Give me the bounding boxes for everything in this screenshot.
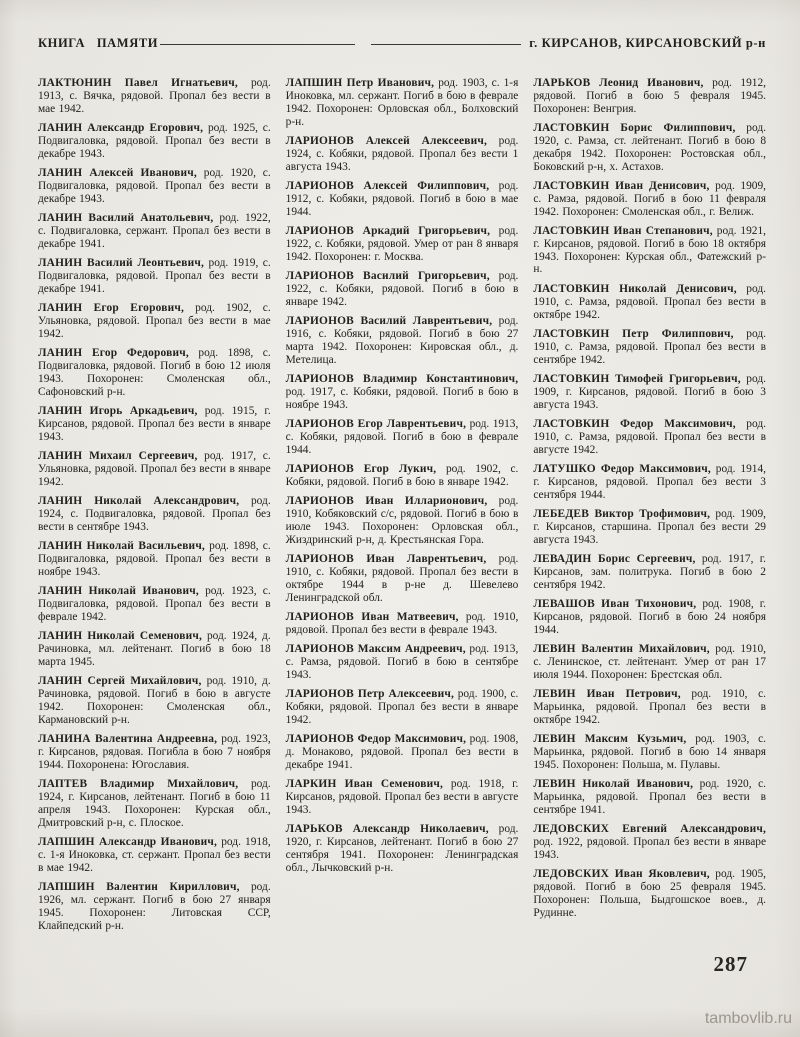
memorial-entry: ЛАКТЮНИН Павел Игнатьевич, род. 1913, с.… [38, 77, 271, 116]
entry-person-name: ЛАРИОНОВ Егор Лукич, [286, 463, 437, 475]
entry-person-name: ЛАРКИН Иван Семенович, [286, 778, 443, 790]
memorial-entry: ЛАНИН Николай Александрович, род. 1924, … [38, 495, 271, 534]
entry-person-name: ЛАРЬКОВ Александр Николаевич, [286, 823, 489, 835]
entry-person-name: ЛАСТОВКИН Федор Максимович, [533, 418, 735, 430]
memorial-entry: ЛЕВИН Иван Петрович, род. 1910, с. Марьи… [533, 688, 766, 727]
entry-person-name: ЛАНИНА Валентина Андреевна, [38, 733, 217, 745]
memorial-entry: ЛАРИОНОВ Аркадий Григорьевич, род. 1922,… [286, 225, 519, 264]
entry-person-name: ЛАПШИН Александр Иванович, [38, 836, 217, 848]
memorial-entry: ЛАНИН Егор Егорович, род. 1902, с. Ульян… [38, 302, 271, 341]
memorial-entry: ЛАСТОВКИН Иван Денисович, род. 1909, с. … [533, 180, 766, 219]
text-columns: ЛАКТЮНИН Павел Игнатьевич, род. 1913, с.… [38, 77, 766, 965]
column-2: ЛАПШИН Петр Иванович, род. 1903, с. 1-я … [286, 77, 519, 965]
book-title: КНИГА ПАМЯТИ [38, 36, 158, 51]
library-watermark: tambovlib.ru [705, 1010, 792, 1028]
entry-person-name: ЛАНИН Егор Егорович, [38, 302, 184, 314]
memorial-entry: ЛАРИОНОВ Петр Алексеевич, род. 1900, с. … [286, 688, 519, 727]
entry-person-name: ЛАСТОВКИН Иван Степанович, [533, 225, 713, 237]
memorial-entry: ЛАРИОНОВ Алексей Алексеевич, род. 1924, … [286, 135, 519, 174]
memorial-entry: ЛЕВАДИН Борис Сергеевич, род. 1917, г. К… [533, 553, 766, 592]
memorial-entry: ЛЕДОВСКИХ Евгений Александрович, род. 19… [533, 823, 766, 862]
memorial-entry: ЛАПШИН Валентин Кириллович, род. 1926, м… [38, 881, 271, 932]
entry-person-name: ЛАНИН Сергей Михайлович, [38, 675, 202, 687]
entry-person-name: ЛАРИОНОВ Аркадий Григорьевич, [286, 225, 490, 237]
page-content: КНИГА ПАМЯТИ г. КИРСАНОВ, КИРСАНОВСКИЙ р… [38, 36, 766, 1037]
entry-person-name: ЛАРИОНОВ Петр Алексеевич, [286, 688, 454, 700]
entry-person-name: ЛАКТЮНИН Павел Игнатьевич, [38, 77, 238, 89]
entry-person-name: ЛАРИОНОВ Иван Илларионович, [286, 495, 488, 507]
entry-person-name: ЛАРИОНОВ Иван Лаврентьевич, [286, 553, 487, 565]
entry-person-name: ЛАНИН Василий Анатольевич, [38, 212, 213, 224]
memorial-entry: ЛАНИН Сергей Михайлович, род. 1910, д. Р… [38, 675, 271, 726]
running-header: КНИГА ПАМЯТИ г. КИРСАНОВ, КИРСАНОВСКИЙ р… [38, 36, 766, 51]
header-rule-right [371, 44, 521, 45]
memorial-entry: ЛАРИОНОВ Иван Илларионович, род. 1910, К… [286, 495, 519, 546]
memorial-entry: ЛЕДОВСКИХ Иван Яковлевич, род. 1905, ряд… [533, 868, 766, 919]
memorial-entry: ЛАНИН Николай Семенович, род. 1924, д. Р… [38, 630, 271, 669]
memorial-entry: ЛАРИОНОВ Василий Григорьевич, род. 1922,… [286, 270, 519, 309]
entry-person-name: ЛЕВАШОВ Иван Тихонович, [533, 598, 696, 610]
memorial-entry: ЛАРЬКОВ Леонид Иванович, род. 1912, рядо… [533, 77, 766, 116]
column-1: ЛАКТЮНИН Павел Игнатьевич, род. 1913, с.… [38, 77, 271, 965]
entry-person-name: ЛЕВАДИН Борис Сергеевич, [533, 553, 695, 565]
memorial-entry: ЛАРИОНОВ Иван Матвеевич, род. 1910, рядо… [286, 611, 519, 637]
entry-person-name: ЛЕДОВСКИХ Иван Яковлевич, [533, 868, 710, 880]
memorial-entry: ЛАПТЕВ Владимир Михайлович, род. 1924, г… [38, 778, 271, 829]
entry-person-name: ЛАПШИН Валентин Кириллович, [38, 881, 240, 893]
memorial-entry: ЛАНИН Михаил Сергеевич, род. 1917, с. Ул… [38, 450, 271, 489]
entry-person-name: ЛАРИОНОВ Федор Максимович, [286, 733, 467, 745]
memorial-entry: ЛЕВИН Валентин Михайлович, род. 1910, с.… [533, 643, 766, 682]
entry-person-name: ЛЕВИН Николай Иванович, [533, 778, 693, 790]
entry-person-name: ЛАПТЕВ Владимир Михайлович, [38, 778, 238, 790]
column-3: ЛАРЬКОВ Леонид Иванович, род. 1912, рядо… [533, 77, 766, 965]
memorial-entry: ЛЕВИН Николай Иванович, род. 1920, с. Ма… [533, 778, 766, 817]
memorial-entry: ЛЕБЕДЕВ Виктор Трофимович, род. 1909, г.… [533, 508, 766, 547]
memorial-entry: ЛАРИОНОВ Алексей Филиппович, род. 1912, … [286, 180, 519, 219]
entry-person-name: ЛАРИОНОВ Василий Григорьевич, [286, 270, 490, 282]
entry-person-name: ЛАРИОНОВ Егор Лаврентьевич, [286, 418, 466, 430]
entry-person-name: ЛЕДОВСКИХ Евгений Александрович, [533, 823, 766, 835]
memorial-entry: ЛАРИОНОВ Егор Лаврентьевич, род. 1913, с… [286, 418, 519, 457]
memorial-entry: ЛАСТОВКИН Николай Денисович, род. 1910, … [533, 283, 766, 322]
entry-person-name: ЛАНИН Николай Александрович, [38, 495, 239, 507]
memorial-entry: ЛАСТОВКИН Иван Степанович, род. 1921, г.… [533, 225, 766, 276]
memorial-entry: ЛАРИОНОВ Федор Максимович, род. 1908, д.… [286, 733, 519, 772]
memorial-entry: ЛАНИН Василий Анатольевич, род. 1922, с.… [38, 212, 271, 251]
memorial-entry: ЛАНИН Николай Васильевич, род. 1898, с. … [38, 540, 271, 579]
entry-person-name: ЛАСТОВКИН Борис Филиппович, [533, 122, 735, 134]
memorial-entry: ЛАРКИН Иван Семенович, род. 1918, г. Кир… [286, 778, 519, 817]
memorial-entry: ЛАСТОВКИН Петр Филиппович, род. 1910, с.… [533, 328, 766, 367]
memorial-entry: ЛАРИОНОВ Егор Лукич, род. 1902, с. Кобяк… [286, 463, 519, 489]
memorial-entry: ЛЕВИН Максим Кузьмич, род. 1903, с. Марь… [533, 733, 766, 772]
entry-person-name: ЛАСТОВКИН Тимофей Григорьевич, [533, 373, 740, 385]
entry-person-name: ЛАНИН Николай Семенович, [38, 630, 202, 642]
entry-person-name: ЛАНИН Алексей Иванович, [38, 167, 197, 179]
entry-person-name: ЛАНИН Александр Егорович, [38, 122, 203, 134]
entry-person-name: ЛАНИН Николай Васильевич, [38, 540, 205, 552]
entry-person-name: ЛАТУШКО Федор Максимович, [533, 463, 711, 475]
entry-person-name: ЛЕБЕДЕВ Виктор Трофимович, [533, 508, 710, 520]
entry-person-name: ЛАСТОВКИН Николай Денисович, [533, 283, 736, 295]
entry-person-name: ЛАРИОНОВ Владимир Константинович, [286, 373, 519, 385]
entry-person-name: ЛАРЬКОВ Леонид Иванович, [533, 77, 703, 89]
district-title: г. КИРСАНОВ, КИРСАНОВСКИЙ р-н [529, 36, 766, 51]
entry-person-name: ЛАПШИН Петр Иванович, [286, 77, 434, 89]
memorial-entry: ЛАТУШКО Федор Максимович, род. 1914, г. … [533, 463, 766, 502]
memorial-entry: ЛАНИН Алексей Иванович, род. 1920, с. По… [38, 167, 271, 206]
memorial-entry: ЛАНИН Игорь Аркадьевич, род. 1915, г. Ки… [38, 405, 271, 444]
entry-person-name: ЛАРИОНОВ Максим Андреевич, [286, 643, 466, 655]
entry-person-name: ЛАНИН Игорь Аркадьевич, [38, 405, 198, 417]
memorial-entry: ЛЕВАШОВ Иван Тихонович, род. 1908, г. Ки… [533, 598, 766, 637]
memorial-entry: ЛАРИОНОВ Иван Лаврентьевич, род. 1910, с… [286, 553, 519, 604]
entry-person-name: ЛАРИОНОВ Алексей Филиппович, [286, 180, 490, 192]
memorial-entry: ЛАРЬКОВ Александр Николаевич, род. 1920,… [286, 823, 519, 874]
memorial-entry: ЛАПШИН Петр Иванович, род. 1903, с. 1-я … [286, 77, 519, 128]
entry-person-name: ЛЕВИН Максим Кузьмич, [533, 733, 686, 745]
page-number: 287 [714, 952, 749, 977]
memorial-entry: ЛАНИН Василий Леонтьевич, род. 1919, с. … [38, 257, 271, 296]
entry-person-name: ЛАНИН Василий Леонтьевич, [38, 257, 204, 269]
memorial-entry: ЛАНИНА Валентина Андреевна, род. 1923, г… [38, 733, 271, 772]
memorial-entry: ЛАСТОВКИН Федор Максимович, род. 1910, с… [533, 418, 766, 457]
memorial-entry: ЛАСТОВКИН Борис Филиппович, род. 1920, с… [533, 122, 766, 173]
memorial-entry: ЛАПШИН Александр Иванович, род. 1918, с.… [38, 836, 271, 875]
memorial-entry: ЛАСТОВКИН Тимофей Григорьевич, род. 1909… [533, 373, 766, 412]
entry-person-name: ЛАСТОВКИН Иван Денисович, [533, 180, 709, 192]
memorial-entry: ЛАНИН Николай Иванович, род. 1923, с. По… [38, 585, 271, 624]
entry-person-name: ЛАРИОНОВ Иван Матвеевич, [286, 611, 459, 623]
entry-person-name: ЛАНИН Егор Федорович, [38, 347, 189, 359]
memorial-entry: ЛАРИОНОВ Владимир Константинович, род. 1… [286, 373, 519, 412]
memorial-entry: ЛАРИОНОВ Максим Андреевич, род. 1913, с.… [286, 643, 519, 682]
memorial-entry: ЛАНИН Александр Егорович, род. 1925, с. … [38, 122, 271, 161]
entry-person-name: ЛАНИН Николай Иванович, [38, 585, 199, 597]
entry-person-name: ЛЕВИН Валентин Михайлович, [533, 643, 709, 655]
memorial-entry: ЛАРИОНОВ Василий Лаврентьевич, род. 1916… [286, 315, 519, 366]
entry-person-name: ЛАСТОВКИН Петр Филиппович, [533, 328, 733, 340]
entry-person-name: ЛАРИОНОВ Василий Лаврентьевич, [286, 315, 493, 327]
header-rule-left [160, 44, 355, 45]
entry-person-name: ЛЕВИН Иван Петрович, [533, 688, 680, 700]
entry-person-name: ЛАРИОНОВ Алексей Алексеевич, [286, 135, 487, 147]
memorial-entry: ЛАНИН Егор Федорович, род. 1898, с. Подв… [38, 347, 271, 398]
scanned-book-page: { "header": { "left": "КНИГА ПАМЯТИ", "r… [0, 0, 800, 1037]
entry-person-name: ЛАНИН Михаил Сергеевич, [38, 450, 198, 462]
